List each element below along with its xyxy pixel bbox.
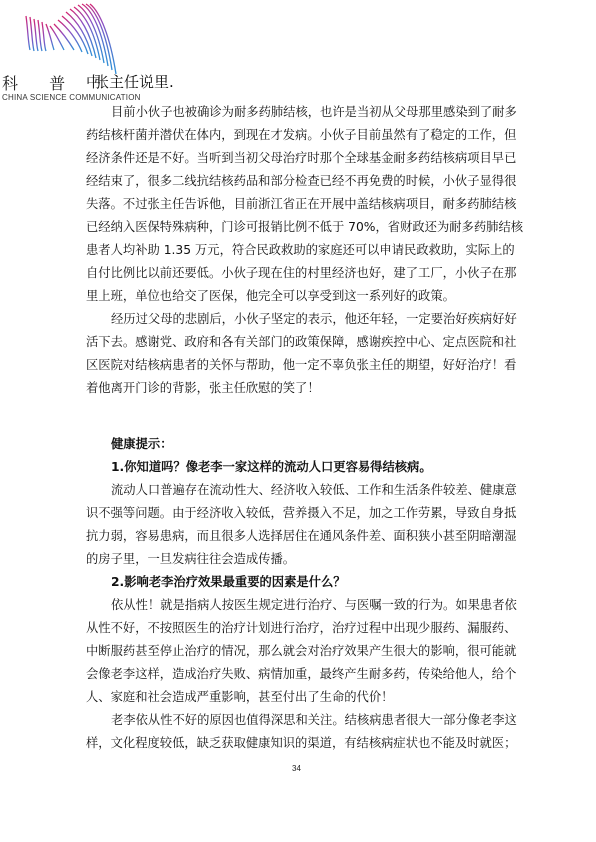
text-line: 里上班，单位也给交了医保，他完全可以享受到这一系列好的政策。 (86, 285, 511, 308)
text-line: 区医院对结核病患者的关怀与帮助，他一定不辜负张主任的期望，好好治疗！看 (86, 354, 511, 377)
page-number: 34 (292, 764, 301, 773)
text-line: 自付比例比以前还要低。小伙子现在住的村里经济也好，建了工厂，小伙子在那 (86, 262, 511, 285)
document-body: 目前小伙子也被确诊为耐多药肺结核，也许是当初从父母那里感染到了耐多 药结核杆菌并… (86, 101, 511, 755)
spacer (86, 400, 511, 433)
text-line: 的房子里，一旦发病往往会造成传播。 (86, 548, 511, 571)
question-2-heading: 2.影响老李治疗效果最重要的因素是什么？ (86, 571, 511, 594)
text-line: 经历过父母的悲剧后，小伙子坚定的表示，他还年轻，一定要治好疾病好好 (86, 308, 511, 331)
text-line: 抗力弱，容易患病，而且很多人选择居住在通风条件差、面积狭小甚至阴暗潮湿 (86, 525, 511, 548)
text-line: 药结核杆菌并潜伏在体内，到现在才发病。小伙子目前虽然有了稳定的工作，但 (86, 124, 511, 147)
text-line: 会像老李这样，造成治疗失败、病情加重，最终产生耐多药，传染给他人，给个 (86, 663, 511, 686)
text-line: 样，文化程度较低，缺乏获取健康知识的渠道，有结核病症状也不能及时就医； (86, 732, 511, 755)
text-line: 失落。不过张主任告诉他，目前浙江省正在开展中盖结核病项目，耐多药肺结核 (86, 193, 511, 216)
question-2-answer: 依从性！就是指病人按医生规定进行治疗、与医嘱一致的行为。如果患者依 从性不好，不… (86, 594, 511, 709)
paragraph-1: 目前小伙子也被确诊为耐多药肺结核，也许是当初从父母那里感染到了耐多 药结核杆菌并… (86, 101, 511, 308)
logo-char-1: 科 (2, 74, 18, 93)
text-line: 经结束了，很多二线抗结核药品和部分检查已经不再免费的时候，小伙子显得很 (86, 170, 511, 193)
text-line: 目前小伙子也被确诊为耐多药肺结核，也许是当初从父母那里感染到了耐多 (86, 101, 511, 124)
text-line: 老李依从性不好的原因也值得深思和关注。结核病患者很大一部分像老李这 (86, 709, 511, 732)
text-line: 活下去。感谢党、政府和各有关部门的政策保障，感谢疾控中心、定点医院和社 (86, 331, 511, 354)
text-line: 识不强等问题。由于经济收入较低，营养摄入不足，加之工作劳累，导致自身抵 (86, 502, 511, 525)
logo-chinese-text: 科 普 (2, 71, 91, 94)
question-1-heading: 1.你知道吗？像老李一家这样的流动人口更容易得结核病。 (86, 456, 511, 479)
text-line: 已经纳入医保特殊病种，门诊可报销比例不低于 70%，省财政还为耐多药肺结核 (86, 216, 511, 239)
question-1-answer: 流动人口普遍存在流动性大、经济收入较低、工作和生活条件较差、健康意 识不强等问题… (86, 479, 511, 571)
text-line: 人、家庭和社会造成严重影响，甚至付出了生命的代价！ (86, 686, 511, 709)
text-line: 流动人口普遍存在流动性大、经济收入较低、工作和生活条件较差、健康意 (86, 479, 511, 502)
health-tips-heading: 健康提示： (86, 433, 511, 456)
text-line: 经济条件还是不好。当听到当初父母治疗时那个全球基金耐多药结核病项目早已 (86, 147, 511, 170)
logo-wave-icon (20, 0, 130, 78)
logo: 科 普 中 张主任说里. CHINA SCIENCE COMMUNICATION (0, 0, 250, 105)
text-line: 中断服药甚至停止治疗的情况，那么就会对治疗效果产生很大的影响，很可能就 (86, 640, 511, 663)
text-line: 着他离开门诊的背影，张主任欣慰的笑了！ (86, 377, 511, 400)
text-line: 从性不好，不按照医生的治疗计划进行治疗，治疗过程中出现少服药、漏服药、 (86, 617, 511, 640)
logo-char-2: 普 (49, 74, 65, 93)
overlap-line: 张主任说里. (94, 71, 174, 92)
paragraph-2: 经历过父母的悲剧后，小伙子坚定的表示，他还年轻，一定要治好疾病好好 活下去。感谢… (86, 308, 511, 400)
text-line: 依从性！就是指病人按医生规定进行治疗、与医嘱一致的行为。如果患者依 (86, 594, 511, 617)
question-2-answer-continued: 老李依从性不好的原因也值得深思和关注。结核病患者很大一部分像老李这 样，文化程度… (86, 709, 511, 755)
text-line: 患者人均补助 1.35 万元，符合民政救助的家庭还可以申请民政救助，实际上的 (86, 239, 511, 262)
